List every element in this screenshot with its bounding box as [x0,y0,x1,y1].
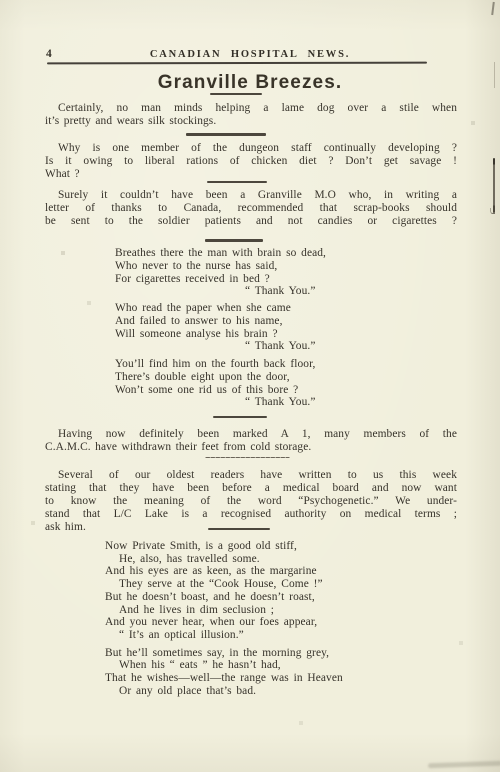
paragraph-line: stating that they have been before a med… [45,482,457,495]
section-divider [208,528,270,530]
scanned-page: 4 CANADIAN HOSPITAL NEWS. Granville Bree… [0,0,500,772]
paragraph-line: Why is one member of the dungeon staff c… [45,142,457,155]
section-divider [213,416,267,418]
poem-line: “ It’s an optical illusion.” [105,629,343,642]
paragraph-line: Having now definitely been marked A 1, m… [45,428,457,441]
section-divider [205,239,263,242]
scan-artifact [494,62,495,88]
paragraph-line: be sent to the soldier patients and not … [45,215,457,228]
section-divider [210,93,262,95]
poem: Now Private Smith, is a good old stiff, … [105,540,343,697]
poem-line: Or any old place that’s bad. [105,685,343,698]
poem-line: There’s double eight upon the door, [115,371,316,384]
poem-line: And his eyes are as keen, as the margari… [105,565,343,578]
poem-line: Who read the paper when she came [115,302,316,315]
poem-line: You’ll find him on the fourth back floor… [115,358,316,371]
poem-line: They serve at the “Cook House, Come !” [105,578,343,591]
poem-line: Now Private Smith, is a good old stiff, [105,540,343,553]
paragraph-line: Is it owing to liberal rations of chicke… [45,155,457,168]
paragraph: Several of our oldest readers have writt… [45,469,457,534]
paragraph: Having now definitely been marked A 1, m… [45,428,457,454]
header-rule [47,62,427,65]
paragraph-line: stand that L/C Lake is a recognised auth… [45,508,457,521]
poem-refrain: “ Thank You.” [115,285,326,298]
scan-artifact [0,0,2,2]
poem-stanza: Who read the paper when she came And fai… [115,302,316,353]
paragraph: Why is one member of the dungeon staff c… [45,142,457,181]
poem-line: And he lives in dim seclusion ; [105,604,343,617]
paragraph-line: it’s pretty and wears silk stockings. [45,115,457,128]
paragraph: Surely it couldn’t have been a Granville… [45,189,457,228]
paragraph-line: to know the meaning of the word “Psychog… [45,495,457,508]
scan-artifact [493,158,495,213]
section-divider [186,133,266,136]
poem-line: When his “ eats ” he hasn’t had, [105,659,343,672]
poem-line: And failed to answer to his name, [115,315,316,328]
article-title: Granville Breezes. [0,72,500,94]
poem-line: He, also, has travelled some. [105,553,343,566]
paragraph-line: Several of our oldest readers have writt… [45,469,457,482]
poem-line: Breathes there the man with brain so dea… [115,247,326,260]
poem-line: Won’t some one rid us of this bore ? [115,384,316,397]
poem-refrain: “ Thank You.” [115,340,316,353]
scan-artifact [490,208,495,214]
poem-line: That he wishes—well—the range was in Hea… [105,672,343,685]
paragraph-line: Certainly, no man minds helping a lame d… [45,102,457,115]
scan-artifact [491,2,495,15]
paragraph-line: Surely it couldn’t have been a Granville… [45,189,457,202]
poem-stanza: Breathes there the man with brain so dea… [115,247,326,298]
poem-refrain: “ Thank You.” [115,396,316,409]
paragraph-line: C.A.M.C. have withdrawn their feet from … [45,441,457,454]
paragraph-line: What ? [45,168,457,181]
poem-line: For cigarettes received in bed ? [115,273,326,286]
poem-stanza: You’ll find him on the fourth back floor… [115,358,316,409]
poem-line: Will someone analyse his brain ? [115,328,316,341]
paragraph-line: letter of thanks to Canada, recommended … [45,202,457,215]
poem-line: But he’ll sometimes say, in the morning … [105,647,343,660]
poem-line: But he doesn’t boast, and he doesn’t roa… [105,591,343,604]
section-divider [205,457,290,458]
scan-artifact [428,761,500,769]
poem-line: And you never hear, when our foes appear… [105,616,343,629]
masthead-title: CANADIAN HOSPITAL NEWS. [0,49,500,60]
paragraph: Certainly, no man minds helping a lame d… [45,102,457,128]
section-divider [207,181,267,183]
poem-line: Who never to the nurse has said, [115,260,326,273]
